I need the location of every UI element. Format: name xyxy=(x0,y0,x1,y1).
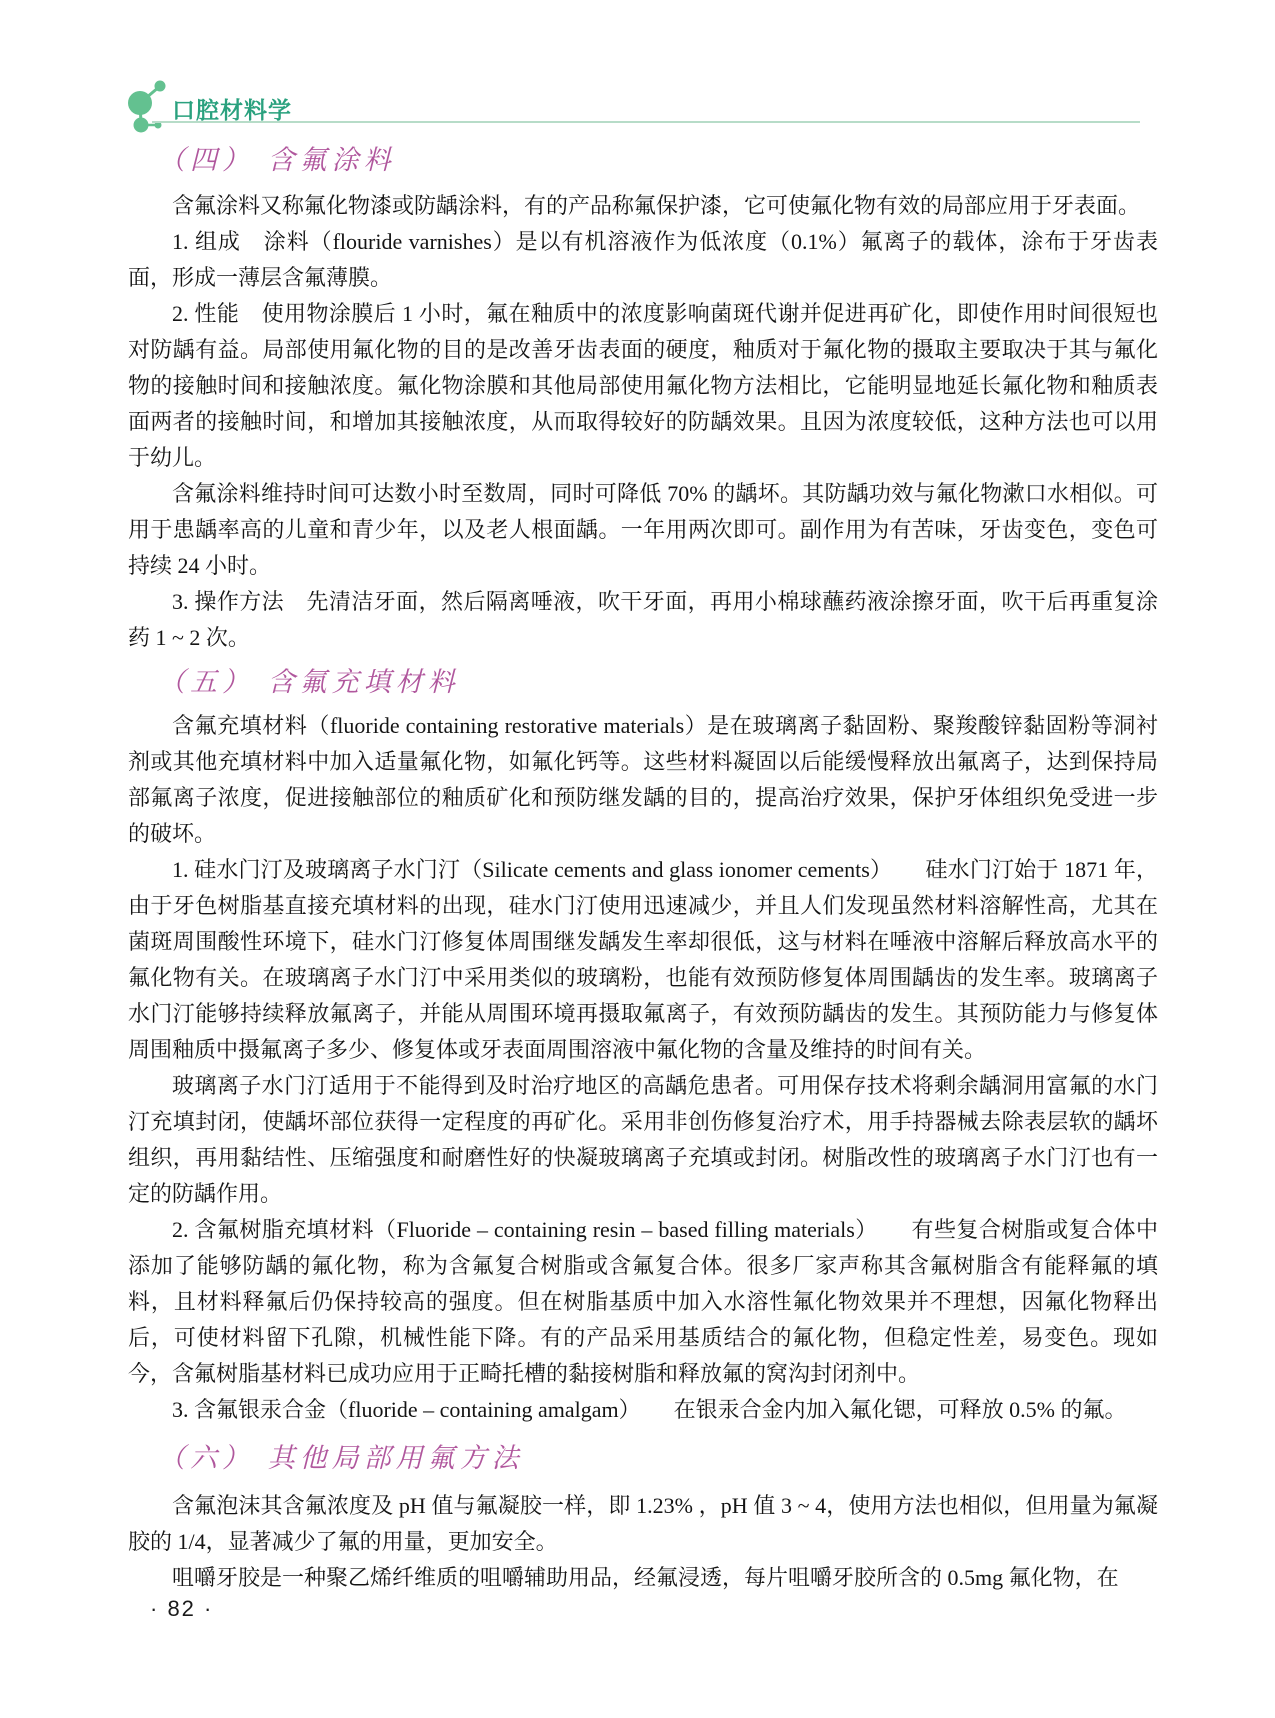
section-other-topical-fluoride: （六） 其他局部用氟方法 含氟泡沫其含氟浓度及 pH 值与氟凝胶一样，即 1.2… xyxy=(128,1440,1158,1596)
molecule-logo-icon xyxy=(113,75,171,137)
paragraph: 玻璃离子水门汀适用于不能得到及时治疗地区的高龋危患者。可用保存技术将剩余龋洞用富… xyxy=(128,1068,1158,1212)
paragraph: 含氟涂料维持时间可达数小时至数周，同时可降低 70% 的龋坏。其防龋功效与氟化物… xyxy=(128,476,1158,584)
header-rule xyxy=(152,121,1140,123)
paragraph: 含氟充填材料（fluoride containing restorative m… xyxy=(128,708,1158,852)
paragraph: 2. 性能 使用物涂膜后 1 小时，氟在釉质中的浓度影响菌斑代谢并促进再矿化，即… xyxy=(128,296,1158,476)
paragraph: 3. 操作方法 先清洁牙面，然后隔离唾液，吹干牙面，再用小棉球蘸药液涂擦牙面，吹… xyxy=(128,584,1158,656)
paragraph: 含氟涂料又称氟化物漆或防龋涂料，有的产品称氟保护漆，它可使氟化物有效的局部应用于… xyxy=(128,188,1158,224)
book-page: 口腔材料学 （四） 含氟涂料 含氟涂料又称氟化物漆或防龋涂料，有的产品称氟保护漆… xyxy=(0,0,1275,1718)
page-content: （四） 含氟涂料 含氟涂料又称氟化物漆或防龋涂料，有的产品称氟保护漆，它可使氟化… xyxy=(128,140,1158,1596)
section-heading: （四） 含氟涂料 xyxy=(158,142,1158,180)
section-heading: （六） 其他局部用氟方法 xyxy=(158,1440,1158,1478)
section-fluoride-varnish: （四） 含氟涂料 含氟涂料又称氟化物漆或防龋涂料，有的产品称氟保护漆，它可使氟化… xyxy=(128,142,1158,656)
section-heading: （五） 含氟充填材料 xyxy=(158,664,1158,702)
paragraph: 3. 含氟银汞合金（fluoride – containing amalgam）… xyxy=(128,1392,1158,1428)
section-fluoride-filling-materials: （五） 含氟充填材料 含氟充填材料（fluoride containing re… xyxy=(128,664,1158,1428)
paragraph: 咀嚼牙胶是一种聚乙烯纤维质的咀嚼辅助用品，经氟浸透，每片咀嚼牙胶所含的 0.5m… xyxy=(128,1560,1158,1596)
paragraph: 2. 含氟树脂充填材料（Fluoride – containing resin … xyxy=(128,1212,1158,1392)
page-number: · 82 · xyxy=(150,1596,213,1622)
paragraph: 含氟泡沫其含氟浓度及 pH 值与氟凝胶一样，即 1.23% ，pH 值 3 ~ … xyxy=(128,1488,1158,1560)
paragraph: 1. 硅水门汀及玻璃离子水门汀（Silicate cements and gla… xyxy=(128,852,1158,1068)
paragraph: 1. 组成 涂料（flouride varnishes）是以有机溶液作为低浓度（… xyxy=(128,224,1158,296)
